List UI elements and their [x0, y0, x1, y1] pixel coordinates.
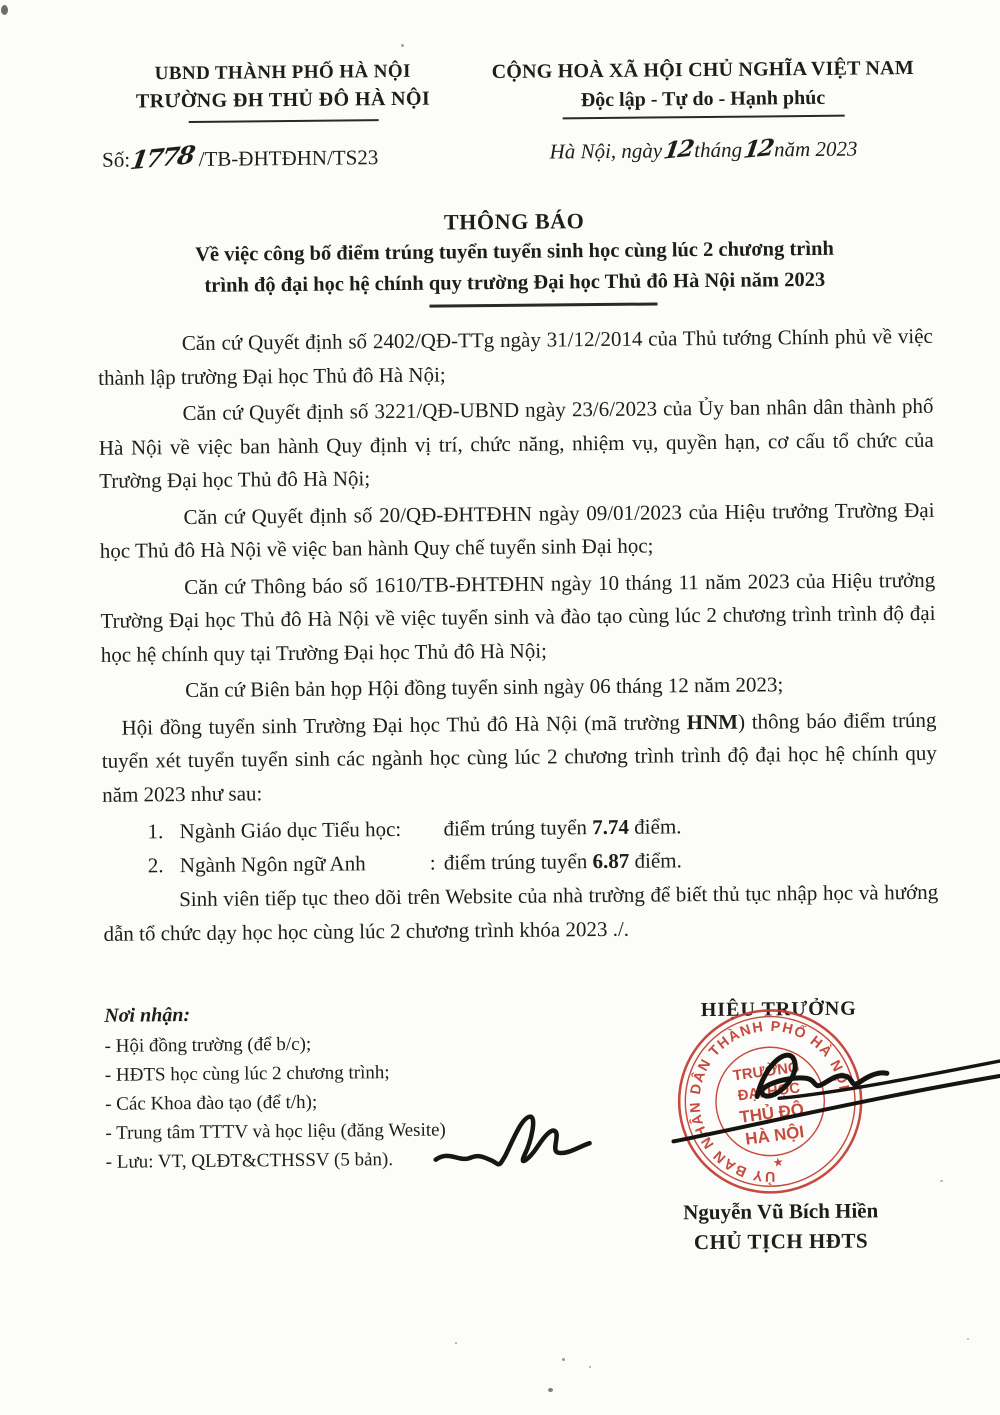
document-number-handwritten: 1778	[128, 140, 195, 175]
document-number-label: Số:	[102, 148, 130, 172]
issuing-org-block: UBND THÀNH PHỐ HÀ NỘI TRƯỜNG ĐH THỦ ĐÔ H…	[95, 58, 471, 173]
document-number-suffix: /TB-ĐHTĐHN/TS23	[199, 145, 379, 171]
document-content: UBND THÀNH PHỐ HÀ NỘI TRƯỜNG ĐH THỦ ĐÔ H…	[0, 0, 1000, 1415]
result-separator: :	[430, 846, 444, 880]
scan-speck	[401, 44, 404, 47]
score-unit: điểm.	[629, 814, 682, 839]
scan-speck	[967, 1338, 969, 1340]
major-name: Ngành Ngôn ngữ Anh	[180, 846, 430, 882]
signer-role: CHỦ TỊCH HĐTS	[608, 1225, 953, 1258]
document-subtitle-line2: trình độ đại học hệ chính quy trường Đại…	[97, 264, 932, 303]
score-label: điểm trúng tuyển	[444, 849, 593, 874]
date-day-handwritten: 12	[662, 135, 695, 165]
announcement-paragraph: Hội đồng tuyển sinh Trường Đại học Thủ đ…	[101, 703, 937, 812]
scan-speck	[589, 1366, 591, 1368]
org-underline	[188, 119, 378, 123]
date-month-handwritten: 12	[742, 134, 775, 164]
result-index: 1.	[147, 814, 179, 848]
score-unit: điểm.	[629, 848, 682, 873]
announcement-text-pre: Hội đồng tuyển sinh Trường Đại học Thủ đ…	[121, 710, 686, 739]
national-header-block: CỘNG HOÀ XÃ HỘI CHỦ NGHĨA VIỆT NAM Độc l…	[475, 54, 931, 165]
date-suffix: năm 2023	[774, 137, 858, 162]
scanned-official-document: UBND THÀNH PHỐ HÀ NỘI TRƯỜNG ĐH THỦ ĐÔ H…	[0, 0, 1000, 1415]
recipient-item: - HĐTS học cùng lúc 2 chương trình;	[105, 1056, 575, 1090]
recipient-item: - Hội đồng trường (để b/c);	[104, 1027, 574, 1061]
citation-paragraph: Căn cứ Quyết định số 3221/QĐ-UBND ngày 2…	[98, 390, 934, 499]
recipients-block: Nơi nhận: - Hội đồng trường (để b/c); - …	[104, 998, 576, 1262]
admission-score: 7.74	[592, 815, 629, 839]
date-prefix: Hà Nội, ngày	[549, 138, 662, 163]
scan-speck	[455, 1342, 457, 1344]
document-number-line: Số:1778/TB-ĐHTĐHN/TS23	[96, 140, 471, 173]
admission-results-list: 1.Ngành Giáo dục Tiểu học:điểm trúng tuy…	[147, 807, 938, 883]
document-header: UBND THÀNH PHỐ HÀ NỘI TRƯỜNG ĐH THỦ ĐÔ H…	[95, 54, 931, 173]
place-date-line: Hà Nội, ngày12tháng12năm 2023	[476, 134, 931, 165]
citation-paragraph: Căn cứ Biên bản họp Hội đồng tuyển sinh …	[101, 667, 936, 709]
country-motto-line2: Độc lập - Tự do - Hạnh phúc	[475, 82, 930, 116]
school-code: HNM	[687, 709, 739, 733]
scan-speck	[548, 1388, 553, 1392]
recipients-title: Nơi nhận:	[104, 998, 574, 1029]
date-mid: tháng	[694, 138, 742, 162]
title-underline	[429, 302, 657, 307]
scan-speck	[562, 1358, 565, 1361]
document-body: Căn cứ Quyết định số 2402/QĐ-TTg ngày 31…	[98, 320, 939, 951]
citation-paragraph: Căn cứ Quyết định số 2402/QĐ-TTg ngày 31…	[98, 320, 934, 395]
result-index: 2.	[148, 848, 180, 882]
score-label: điểm trúng tuyển	[443, 815, 592, 840]
clerk-initials-signature	[427, 1106, 596, 1186]
scan-speck	[940, 1180, 943, 1182]
major-name: Ngành Giáo dục Tiểu học:	[179, 812, 429, 848]
scan-speck	[1, 5, 8, 15]
document-footer: Nơi nhận: - Hội đồng trường (để b/c); - …	[104, 995, 941, 1263]
citation-paragraph: Căn cứ Quyết định số 20/QĐ-ĐHTĐHN ngày 0…	[99, 493, 935, 568]
signer-name: Nguyễn Vũ Bích Hiền	[608, 1195, 953, 1228]
admission-score: 6.87	[592, 849, 629, 873]
closing-paragraph: Sinh viên tiếp tục theo dõi trên Website…	[103, 876, 939, 951]
org-parent: UBND THÀNH PHỐ HÀ NỘI	[95, 58, 470, 88]
stamp-and-signature-zone: ỦY BAN NHÂN DÂN THÀNH PHỐ HÀ NỘI TRƯỜNG …	[606, 1021, 953, 1196]
citation-paragraph: Căn cứ Thông báo số 1610/TB-ĐHTĐHN ngày …	[100, 563, 936, 672]
motto-underline	[562, 115, 844, 120]
signature-block: HIỆU TRƯỞNG ỦY BAN NHÂN DÂN THÀNH PHỐ HÀ…	[606, 995, 953, 1258]
scan-speck	[520, 762, 522, 764]
org-name: TRƯỜNG ĐH THỦ ĐÔ HÀ NỘI	[95, 84, 470, 116]
country-motto-line1: CỘNG HOÀ XÃ HỘI CHỦ NGHĨA VIỆT NAM	[475, 54, 930, 86]
document-title-block: THÔNG BÁO Về việc công bố điểm trúng tuy…	[97, 203, 933, 311]
president-signature	[658, 1026, 1000, 1190]
